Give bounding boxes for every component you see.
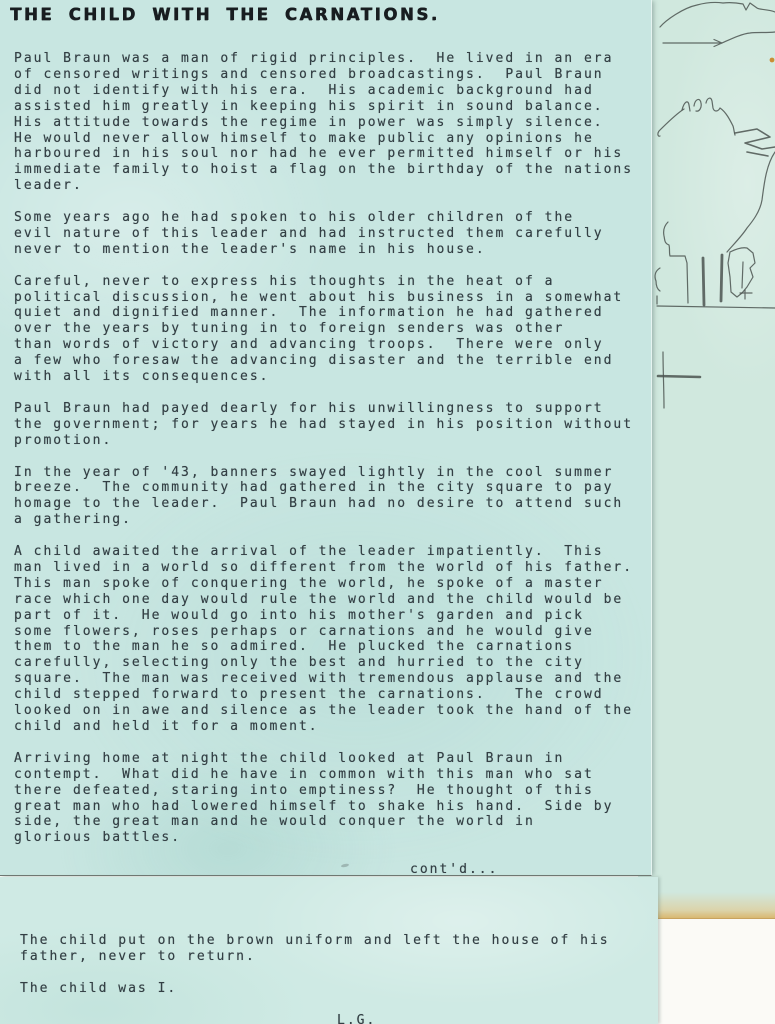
sketch-rock-shape xyxy=(728,248,755,297)
sketch-cloud-outline xyxy=(660,2,775,27)
sketch-long-curve xyxy=(727,152,775,252)
sketch-zigzag-scribble xyxy=(735,129,775,156)
sketch-arrow xyxy=(663,40,722,47)
sketch-baseline xyxy=(657,306,775,308)
sketch-left-bracket xyxy=(655,268,660,304)
ending-paragraph-2: The child was I. xyxy=(20,981,610,997)
sketch-t-mark xyxy=(740,290,752,299)
sketch-sheet xyxy=(638,0,775,919)
story-paragraph-7: Arriving home at night the child looked … xyxy=(14,751,644,846)
page-title: THE CHILD WITH THE CARNATIONS. xyxy=(10,5,440,24)
author-initials: L.G. xyxy=(337,1013,610,1024)
story-paragraph-2: Some years ago he had spoken to his olde… xyxy=(14,210,644,258)
ending-paragraph-1: The child put on the brown uniform and l… xyxy=(20,933,610,965)
story-text: Paul Braun was a man of rigid principles… xyxy=(14,51,644,878)
story-paragraph-3: Careful, never to express his thoughts i… xyxy=(14,274,644,385)
sketch-diagonal-stroke xyxy=(658,109,684,136)
story-paragraph-5: In the year of '43, banners swayed light… xyxy=(14,465,644,529)
sketch-cloud-return xyxy=(722,32,775,43)
story-paragraph-1: Paul Braun was a man of rigid principles… xyxy=(14,51,644,194)
ending-page: The child put on the brown uniform and l… xyxy=(0,877,658,1024)
story-paragraph-4: Paul Braun had payed dearly for his unwi… xyxy=(14,401,644,449)
ending-text: The child put on the brown uniform and l… xyxy=(20,933,610,1024)
story-page: THE CHILD WITH THE CARNATIONS. Paul Brau… xyxy=(0,0,652,876)
sketch-horizontal-dash xyxy=(658,376,700,377)
scan-background: { "story": { "title": "THE CHILD WITH TH… xyxy=(0,0,775,1024)
continuation-note: cont'd... xyxy=(410,862,644,878)
sketch-thick-stroke-2 xyxy=(721,255,722,301)
sketch-vertical-tick xyxy=(663,352,664,408)
sketch-squiggle xyxy=(682,98,735,135)
sketch-step-outline xyxy=(664,222,688,303)
sketch-thick-stroke-1 xyxy=(703,258,704,305)
paper-fleck xyxy=(770,58,775,63)
story-paragraph-6: A child awaited the arrival of the leade… xyxy=(14,544,644,735)
pencil-sketch-drawing xyxy=(638,0,775,420)
